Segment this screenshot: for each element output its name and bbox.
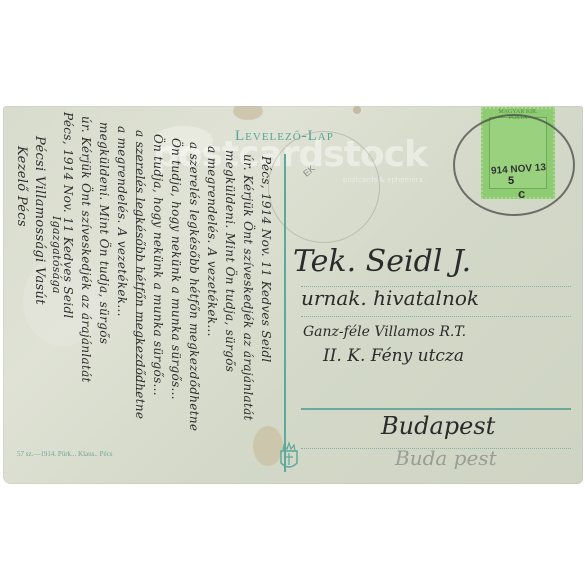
message-line: Pécs, 1914 Nov. 11 Kedves Seidl bbox=[61, 112, 75, 319]
message-line: megküldeni. Mint Ön tudja, sürgős bbox=[97, 122, 111, 344]
sender-line: Pécsi Villamossági Vasút bbox=[32, 136, 47, 305]
stain bbox=[233, 106, 263, 120]
address-company: Ganz-féle Villamos R.T. bbox=[303, 324, 466, 340]
message-line: úr. Kérjük Önt szíveskedjék az árajánlat… bbox=[241, 154, 255, 421]
postcard: postcardstock postcards & ephemera Level… bbox=[3, 106, 583, 484]
message-line: úr. Kérjük Önt szíveskedjék az árajánlat… bbox=[79, 116, 93, 383]
address-title: urnak. hivatalnok bbox=[301, 286, 479, 310]
pencil-note: Buda pest bbox=[395, 446, 497, 470]
address-city: Budapest bbox=[381, 412, 495, 440]
address-street: II. K. Fény utcza bbox=[323, 346, 464, 366]
message-line: megküldeni. Mint Ön tudja, sürgős bbox=[223, 150, 237, 372]
message-line: Ön tudja, hogy nekünk a munka sürgős... bbox=[151, 134, 165, 396]
sender-line: Kezelő Pécs bbox=[14, 146, 29, 227]
secondary-postmark bbox=[268, 131, 380, 243]
address-line-rule bbox=[301, 316, 571, 317]
message-line: Pécs, 1914 Nov. 11 Kedves Seidl bbox=[259, 156, 273, 363]
message-line: Ön tudja, hogy nekünk a munka sürgős... bbox=[169, 138, 183, 400]
address-recipient: Tek. Seidl J. bbox=[293, 244, 471, 279]
message-line: a szerelés legkésőbb hétfőn megkezdődhet… bbox=[187, 142, 201, 431]
printer-imprint: 57 sz.—1914. Pürk... Klaus.. Pécs bbox=[17, 450, 112, 458]
message-line: a szerelés legkésőbb hétfőn megkezdődhet… bbox=[133, 130, 147, 419]
message-line: a megrendelés. A vezetékek... bbox=[115, 126, 129, 317]
stain bbox=[353, 106, 361, 114]
message-line: a megrendelés. A vezetékek... bbox=[205, 146, 219, 337]
sender-line: Igazgatósága bbox=[50, 216, 63, 294]
postmark-letter: c bbox=[518, 186, 525, 201]
crest-icon bbox=[278, 441, 300, 473]
address-line-rule bbox=[301, 408, 571, 410]
